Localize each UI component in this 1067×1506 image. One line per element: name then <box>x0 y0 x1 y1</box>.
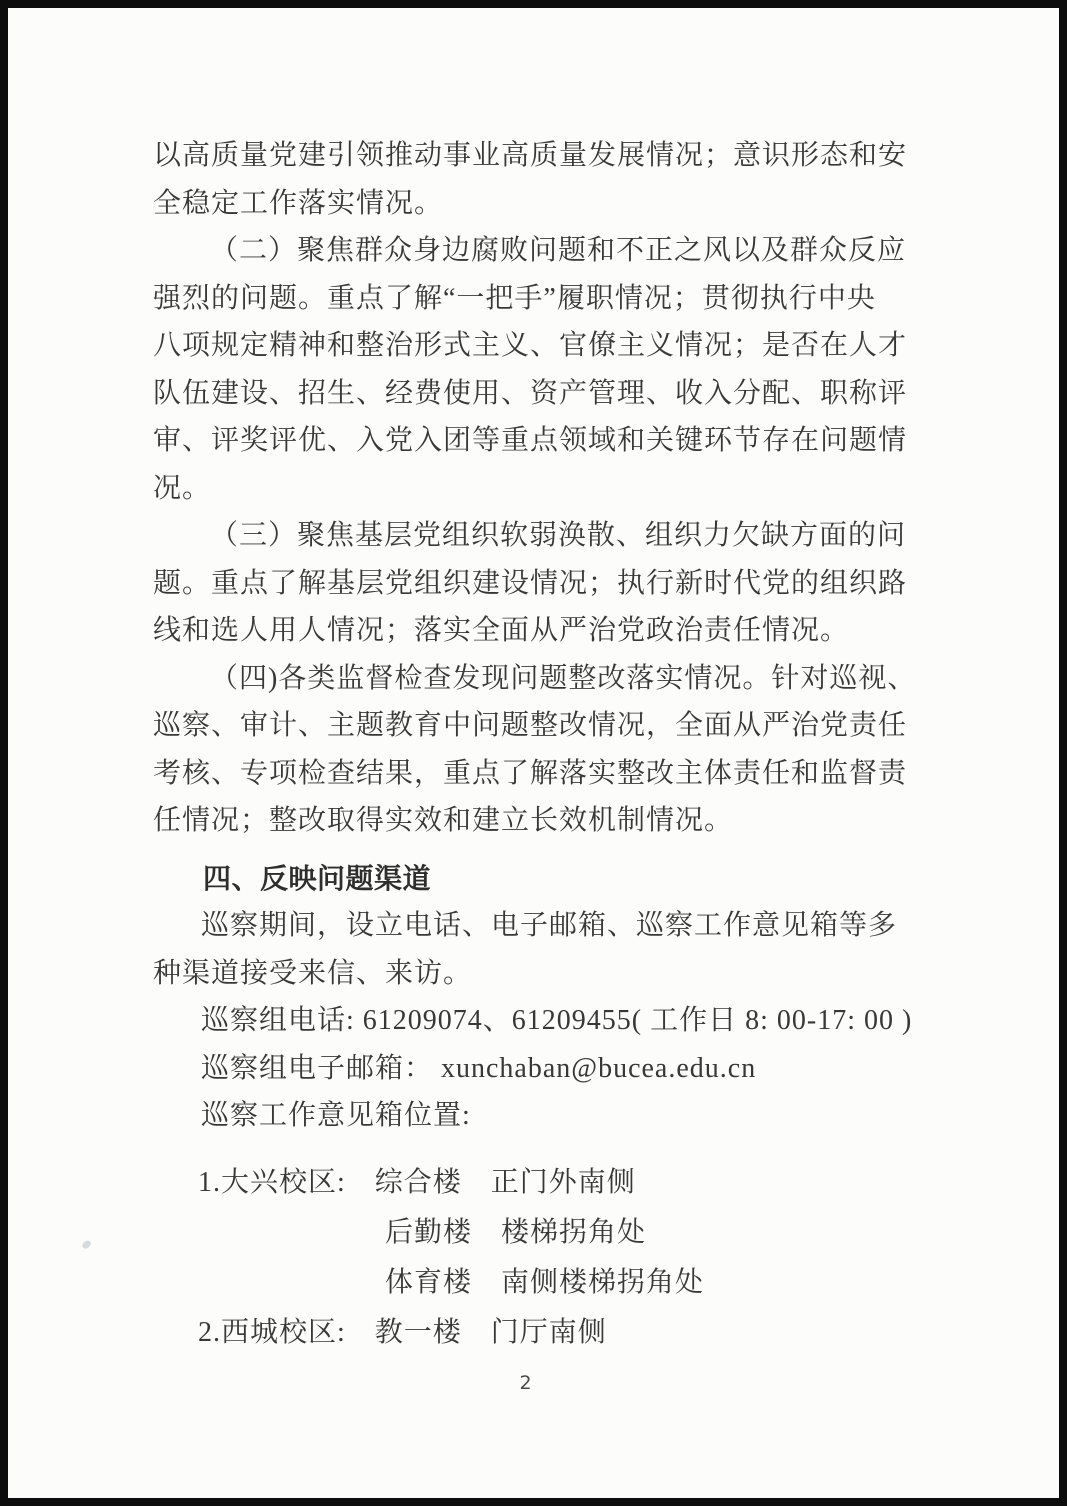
text-line: 审、评奖评优、入党入团等重点领域和关键环节存在问题情 <box>153 417 925 465</box>
text-line: 队伍建设、招生、经费使用、资产管理、收入分配、职称评 <box>153 370 925 418</box>
text-line: 四、反映问题渠道 <box>153 855 925 903</box>
text-line: 2.西城校区: 教一楼 门厅南侧 <box>153 1308 925 1358</box>
text-line: （二）聚焦群众身边腐败问题和不正之风以及群众反应 <box>153 227 925 275</box>
text-line: 巡察组电话: 61209074、61209455( 工作日 8: 00-17: … <box>153 997 925 1045</box>
text-line: 况。 <box>153 465 925 513</box>
text-line: 巡察组电子邮箱： xunchaban@bucea.edu.cn <box>153 1045 925 1093</box>
text-line: （三）聚焦基层党组织软弱涣散、组织力欠缺方面的问 <box>153 512 925 560</box>
text-line: 线和选人用人情况；落实全面从严治党政治责任情况。 <box>153 607 925 655</box>
text-line: 强烈的问题。重点了解“一把手”履职情况；贯彻执行中央 <box>153 275 925 323</box>
text-line: 以高质量党建引领推动事业高质量发展情况；意识形态和安 <box>153 132 925 180</box>
page-number: 2 <box>8 1372 1043 1394</box>
text-line: 全稳定工作落实情况。 <box>153 180 925 228</box>
text-line: 巡察期间，设立电话、电子邮箱、巡察工作意见箱等多 <box>153 902 925 950</box>
text-line: 种渠道接受来信、来访。 <box>153 950 925 998</box>
text-line: （四)各类监督检查发现问题整改落实情况。针对巡视、 <box>153 655 925 703</box>
document-body: 以高质量党建引领推动事业高质量发展情况；意识形态和安全稳定工作落实情况。（二）聚… <box>153 132 925 1358</box>
text-line: 体育楼 南侧楼梯拐角处 <box>153 1258 925 1308</box>
text-line: 任情况；整改取得实效和建立长效机制情况。 <box>153 797 925 845</box>
scan-speckle <box>81 1239 92 1250</box>
document-page: 以高质量党建引领推动事业高质量发展情况；意识形态和安全稳定工作落实情况。（二）聚… <box>8 8 1059 1498</box>
text-line: 巡察、审计、主题教育中问题整改情况，全面从严治党责任 <box>153 702 925 750</box>
text-line: 题。重点了解基层党组织建设情况；执行新时代党的组织路 <box>153 560 925 608</box>
text-line: 考核、专项检查结果，重点了解落实整改主体责任和监督责 <box>153 750 925 798</box>
scan-frame: 以高质量党建引领推动事业高质量发展情况；意识形态和安全稳定工作落实情况。（二）聚… <box>0 0 1067 1506</box>
text-line: 巡察工作意见箱位置: <box>153 1092 925 1140</box>
text-line: 后勤楼 楼梯拐角处 <box>153 1208 925 1258</box>
text-line: 1.大兴校区: 综合楼 正门外南侧 <box>153 1158 925 1208</box>
text-line: 八项规定精神和整治形式主义、官僚主义情况；是否在人才 <box>153 322 925 370</box>
